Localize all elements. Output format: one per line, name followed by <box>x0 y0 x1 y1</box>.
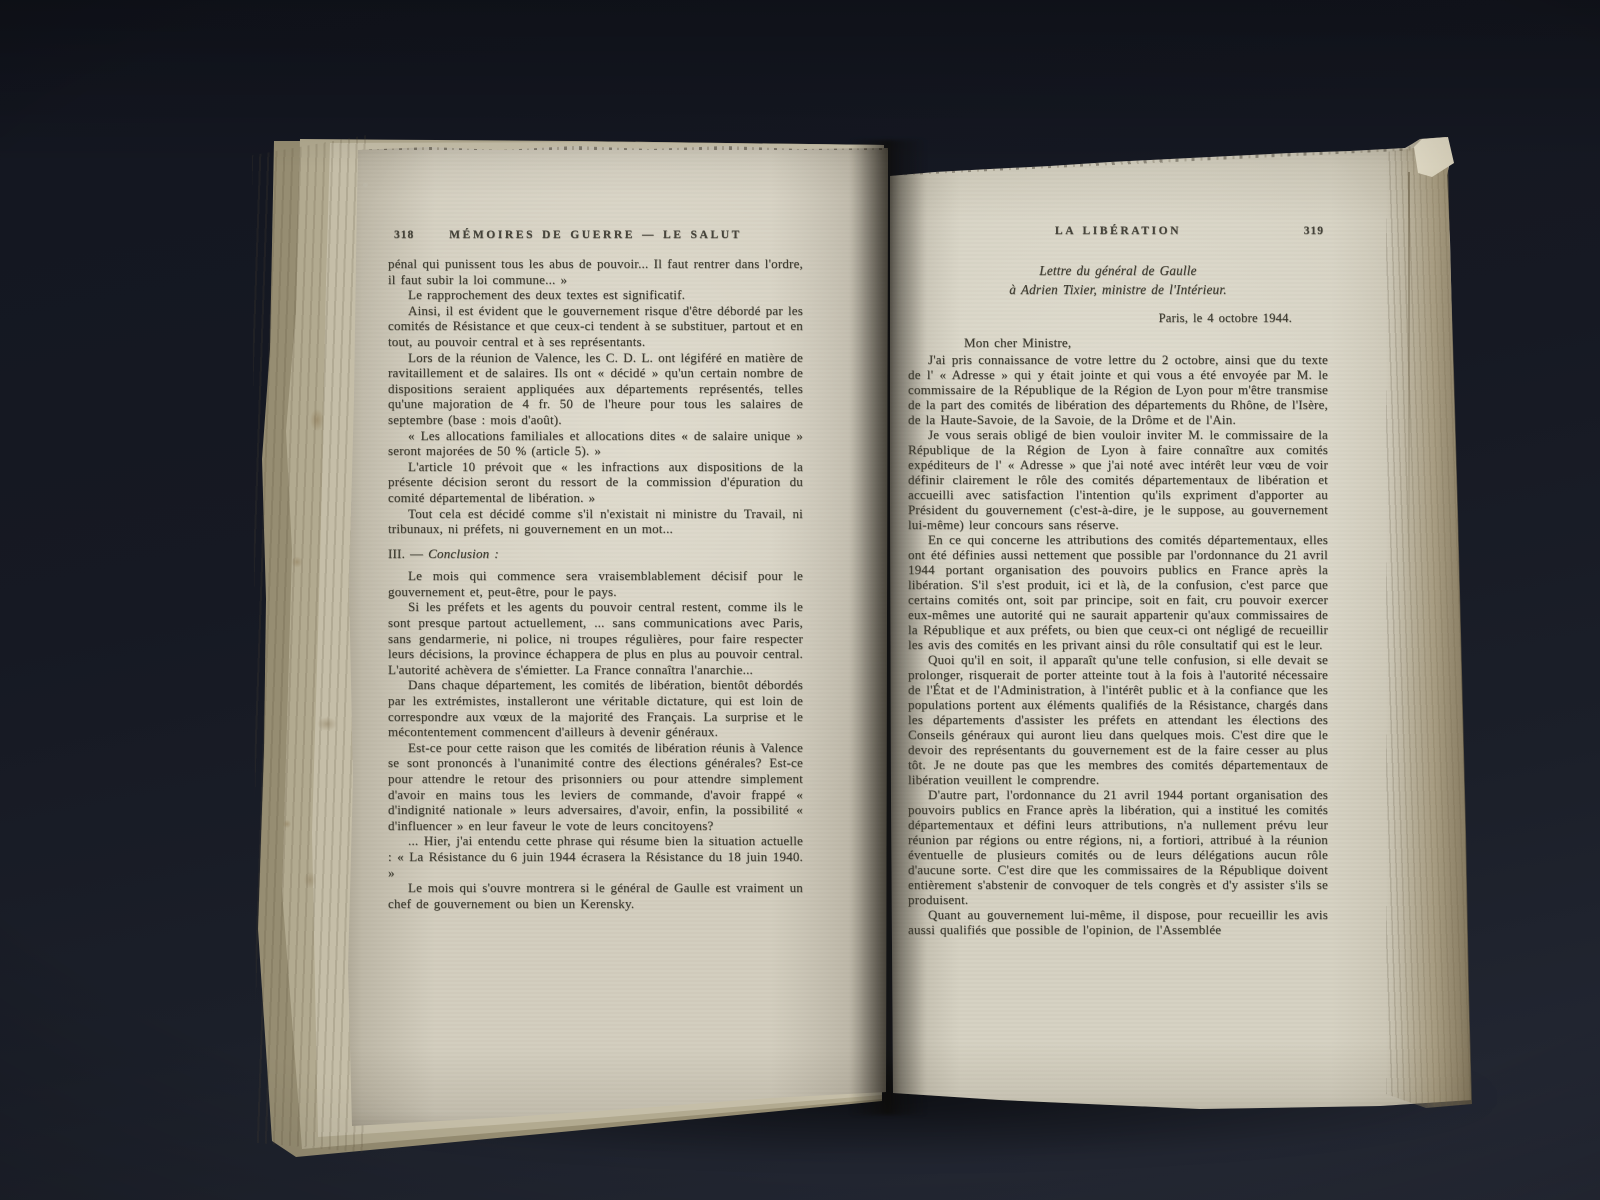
section-heading: III. — Conclusion : <box>388 546 803 562</box>
paragraph: Lors de la réunion de Valence, les C. D.… <box>388 350 803 428</box>
right-running-title: LA LIBÉRATION <box>908 224 1328 239</box>
letter-heading-line: à Adrien Tixier, ministre de l'Intérieur… <box>908 280 1328 299</box>
paragraph: Tout cela est décidé comme s'il n'exista… <box>388 506 803 537</box>
left-running-title: MÉMOIRES DE GUERRE — LE SALUT <box>388 228 803 244</box>
section-title: Conclusion : <box>428 546 499 561</box>
right-running-header: LA LIBÉRATION 319 <box>908 224 1328 239</box>
paragraph: Quoi qu'il en soit, il apparaît qu'une t… <box>908 652 1328 787</box>
left-paragraphs-after: Le mois qui commence sera vraisemblablem… <box>388 568 803 911</box>
paragraph: L'article 10 prévoit que « les infractio… <box>388 459 803 506</box>
photo-background: 318 MÉMOIRES DE GUERRE — LE SALUT pénal … <box>0 0 1600 1200</box>
paragraph: ... Hier, j'ai entendu cette phrase qui … <box>388 833 803 880</box>
paragraph: Je vous serais obligé de bien vouloir in… <box>908 427 1328 532</box>
right-page-number: 319 <box>1304 224 1324 239</box>
book: 318 MÉMOIRES DE GUERRE — LE SALUT pénal … <box>0 0 1600 1200</box>
paragraph: Quant au gouvernement lui-même, il dispo… <box>908 907 1328 937</box>
letter-heading-line: Lettre du général de Gaulle <box>908 261 1328 280</box>
letter-heading: Lettre du général de Gaulleà Adrien Tixi… <box>908 261 1328 299</box>
paragraph: Le mois qui s'ouvre montrera si le génér… <box>388 880 803 911</box>
left-page-number: 318 <box>394 228 414 244</box>
paragraph: Si les préfets et les agents du pouvoir … <box>388 599 803 677</box>
fore-edge-pages <box>1386 142 1478 1114</box>
left-running-header: 318 MÉMOIRES DE GUERRE — LE SALUT <box>388 228 803 243</box>
dateline: Paris, le 4 octobre 1944. <box>908 311 1328 326</box>
paragraph: Dans chaque département, les comités de … <box>388 677 803 739</box>
paragraph: Est-ce pour cette raison que les comités… <box>388 740 803 834</box>
right-page-text: LA LIBÉRATION 319 Lettre du général de G… <box>908 224 1328 937</box>
salutation: Mon cher Ministre, <box>908 335 1328 350</box>
paragraph: J'ai pris connaissance de votre lettre d… <box>908 352 1328 427</box>
paragraph: D'autre part, l'ordonnance du 21 avril 1… <box>908 787 1328 907</box>
paragraph: Le mois qui commence sera vraisemblablem… <box>388 568 803 599</box>
left-paragraphs-before: pénal qui punissent tous les abus de pou… <box>388 256 803 537</box>
paragraph: Le rapprochement des deux textes est sig… <box>388 287 803 303</box>
paragraph: En ce qui concerne les attributions des … <box>908 532 1328 652</box>
left-page-text: 318 MÉMOIRES DE GUERRE — LE SALUT pénal … <box>388 228 803 911</box>
right-paragraphs: J'ai pris connaissance de votre lettre d… <box>908 352 1328 937</box>
paragraph: « Les allocations familiales et allocati… <box>388 428 803 459</box>
section-numeral: III. — <box>388 546 423 561</box>
dust-speck <box>363 183 368 187</box>
paragraph: Ainsi, il est évident que le gouvernemen… <box>388 303 803 350</box>
paragraph: pénal qui punissent tous les abus de pou… <box>388 256 803 287</box>
